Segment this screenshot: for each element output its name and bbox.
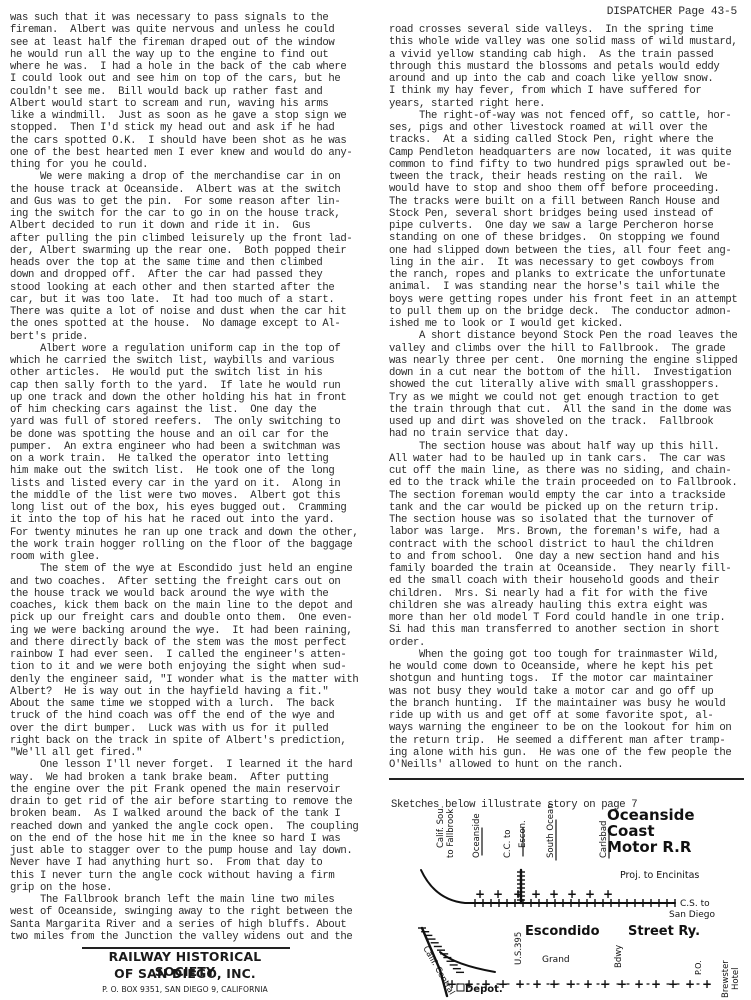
- map-label-to-fallbrook: to Fallbrook: [446, 809, 456, 858]
- map-label-proj-encinitas: Proj. to Encinitas: [620, 870, 699, 881]
- text-line: When the going got too tough for trainma…: [389, 649, 745, 661]
- text-line: standing on one of these bridges. On sto…: [389, 232, 745, 244]
- left-text-column: was such that it was necessary to pass s…: [10, 12, 372, 943]
- text-line: the branch hunting. If the maintainer wa…: [389, 698, 745, 710]
- text-line: the train through that cut. All the sand…: [389, 404, 745, 416]
- svg-text:+: +: [685, 977, 695, 991]
- text-line: family boarded the train at Oceanside. T…: [389, 563, 745, 575]
- text-line: rainbow I had ever seen. I called the en…: [10, 649, 372, 661]
- text-line: labor was large. Mrs. Brown, the foreman…: [389, 526, 745, 538]
- svg-text:+: +: [585, 887, 595, 901]
- svg-text:+: +: [603, 887, 613, 901]
- text-line: ride up with us and get off at some favo…: [389, 710, 745, 722]
- text-line: About the same time we stopped with a lu…: [10, 698, 372, 710]
- map-label-oceanside: Oceanside: [472, 813, 482, 858]
- text-line: more than her old model T Ford could han…: [389, 612, 745, 624]
- text-line: Albert decided to run it down and ride i…: [10, 220, 372, 232]
- text-line: Try as we might we could not get enough …: [389, 392, 745, 404]
- text-line: The section house was so isolated that t…: [389, 514, 745, 526]
- text-line: see at least half the fireman draped out…: [10, 37, 372, 49]
- map-label-calif-sou: Calif. Sou.: [436, 806, 446, 848]
- map-title-line3: Motor R.R: [607, 838, 692, 856]
- svg-text:+: +: [566, 977, 576, 991]
- text-line: ing alone with his gun. He was one of th…: [389, 747, 745, 759]
- text-line: common to find fifty to two hundred pigs…: [389, 159, 745, 171]
- text-line: All water had to be hauled up in tank ca…: [389, 453, 745, 465]
- text-line: used up and dirt was shoveled on the tra…: [389, 416, 745, 428]
- text-line: the house track we would back around the…: [10, 588, 372, 600]
- svg-text:+: +: [668, 977, 678, 991]
- svg-text:+: +: [634, 977, 644, 991]
- text-line: it into the top of his hat he raced out …: [10, 514, 372, 526]
- text-line: the cars spotted O.K. I should have been…: [10, 135, 372, 147]
- text-line: children she was already hauling this ex…: [389, 600, 745, 612]
- text-line: tion to it and we were both enjoying the…: [10, 661, 372, 673]
- text-line: The section house was about half way up …: [389, 441, 745, 453]
- text-line: valley and climbs over the hill to Fallb…: [389, 343, 745, 355]
- text-line: Si had this man transferred to another s…: [389, 624, 745, 636]
- text-line: was not busy they would take a motor car…: [389, 686, 745, 698]
- text-line: on the end of the hose hit me in the kne…: [10, 833, 372, 845]
- svg-text:+: +: [600, 977, 610, 991]
- text-line: the ones spotted at the house. No damage…: [10, 318, 372, 330]
- text-line: and two coaches. After setting the freig…: [10, 576, 372, 588]
- text-line: room with glee.: [10, 551, 372, 563]
- text-line: grip on the hose.: [10, 882, 372, 894]
- text-line: the return trip. He seemed a different m…: [389, 735, 745, 747]
- map-label-po: P.O.: [694, 960, 703, 975]
- text-line: Albert wore a regulation uniform cap in …: [10, 343, 372, 355]
- text-line: up one track and down the other holding …: [10, 392, 372, 404]
- text-line: a vivid yellow standing cab high. As the…: [389, 49, 745, 61]
- text-line: shotgun and hunting togs. If the motor c…: [389, 673, 745, 685]
- map-label-cc-to: C.C. to: [503, 829, 513, 858]
- text-line: car, but it was too late. It had too muc…: [10, 294, 372, 306]
- map-label-carlsbad: Carlsbad: [599, 821, 609, 858]
- text-line: road crosses several side valleys. In th…: [389, 24, 745, 36]
- text-line: denly the engineer said, "I wonder what …: [10, 674, 372, 686]
- text-line: be done was spotting the house and an oi…: [10, 429, 372, 441]
- text-line: "We'll all get fired.": [10, 747, 372, 759]
- text-line: cut off the main line, as there was no s…: [389, 465, 745, 477]
- text-line: children. Mrs. Si nearly had a fit for w…: [389, 588, 745, 600]
- text-line: Never have I had anything hurt so. From …: [10, 857, 372, 869]
- text-line: For twenty minutes he ran up one track a…: [10, 527, 372, 539]
- text-line: tween the track, their heads resting on …: [389, 171, 745, 183]
- text-line: which he carried the switch list, waybil…: [10, 355, 372, 367]
- text-line: down and dropped off. After the car had …: [10, 269, 372, 281]
- text-line: animal. I was standing near the horse's …: [389, 281, 745, 293]
- text-line: the house track at Oceanside. Albert was…: [10, 184, 372, 196]
- svg-text:+: +: [532, 977, 542, 991]
- text-line: right back on the track in spite of Albe…: [10, 735, 372, 747]
- text-line: ed to the track while the train proceede…: [389, 477, 745, 489]
- text-line: over the dirt bumper. Luck was with us f…: [10, 723, 372, 735]
- svg-text:+: +: [583, 977, 593, 991]
- text-line: Santa Margarita River and a series of hi…: [10, 919, 372, 931]
- map-label-brewster: Brewster: [721, 960, 731, 998]
- right-text-column: road crosses several side valleys. In th…: [389, 24, 745, 771]
- text-line: I think my hay fever, from which I have …: [389, 85, 745, 97]
- text-line: the middle of the list were two moves. A…: [10, 490, 372, 502]
- text-line: Albert would start to scream and run, wa…: [10, 98, 372, 110]
- footer-org-suffix: OF SAN DIEGO, INC.: [80, 966, 290, 981]
- text-line: ished me to look or I would get kicked.: [389, 318, 745, 330]
- text-line: him make out the switch list. He took on…: [10, 465, 372, 477]
- text-line: was such that it was necessary to pass s…: [10, 12, 372, 24]
- map-label-street-ry: Street Ry.: [628, 924, 700, 939]
- text-line: one of the best hearted men I ever knew …: [10, 147, 372, 159]
- text-line: the engine over the pit Frank opened the…: [10, 784, 372, 796]
- text-line: way. We had broken a tank brake beam. Af…: [10, 772, 372, 784]
- text-line: couldn't see me. Bill would back up rath…: [10, 86, 372, 98]
- text-line: coaches, kick them back on the main line…: [10, 600, 372, 612]
- text-line: long list out of the box, his eyes bugge…: [10, 502, 372, 514]
- text-line: stopped. Then I'd stick my head out and …: [10, 122, 372, 134]
- text-line: order.: [389, 637, 745, 649]
- map-label-south-ocean: South Ocean: [546, 803, 556, 858]
- text-line: fireman. Albert was quite nervous and un…: [10, 24, 372, 36]
- text-line: drain to get rid of the air before start…: [10, 796, 372, 808]
- map-label-escondido: Escondido: [525, 924, 600, 939]
- text-line: Stock Pen, several short bridges being u…: [389, 208, 745, 220]
- text-line: on a work train. He talked the operator …: [10, 453, 372, 465]
- map-label-depot: Depot.: [465, 984, 503, 995]
- text-line: cap then sally forth to the yard. If lat…: [10, 380, 372, 392]
- text-line: ing the switch for the car to go in on t…: [10, 208, 372, 220]
- text-line: the ranch, ropes and planks to extricate…: [389, 269, 745, 281]
- text-line: contract with the school district to hau…: [389, 539, 745, 551]
- text-line: he would come down to Oceanside, where h…: [389, 661, 745, 673]
- text-line: where he was. I had a hole in the back o…: [10, 61, 372, 73]
- text-line: years, started right here.: [389, 98, 745, 110]
- text-line: ing we were backing around the wye. It h…: [10, 625, 372, 637]
- depot-icon: [457, 984, 464, 991]
- text-line: one had slipped down between the ties, a…: [389, 245, 745, 257]
- text-line: heads over the top at the same time and …: [10, 257, 372, 269]
- text-line: like a windmill. Just as soon as he gave…: [10, 110, 372, 122]
- map-label-escon: Escon.: [518, 820, 528, 848]
- text-line: O'Neills' allowed to hunt on the ranch.: [389, 759, 745, 771]
- text-line: was nearly three per cent. One morning t…: [389, 355, 745, 367]
- map-label-bdwy: Bdwy: [614, 945, 624, 968]
- text-line: to and from school. One day a new sectio…: [389, 551, 745, 563]
- text-line: pumper. An extra engineer who had been a…: [10, 441, 372, 453]
- text-line: after pulling the pin climbed leisurely …: [10, 233, 372, 245]
- svg-text:+: +: [475, 887, 485, 901]
- text-line: The right-of-way was not fenced off, so …: [389, 110, 745, 122]
- text-line: two miles from the Junction the valley w…: [10, 931, 372, 943]
- text-line: and Gus was to get the pin. For some rea…: [10, 196, 372, 208]
- svg-text:+: +: [549, 977, 559, 991]
- text-line: The Fallbrook branch left the main line …: [10, 894, 372, 906]
- text-line: boys were getting ropes under his front …: [389, 294, 745, 306]
- svg-text:+: +: [531, 887, 541, 901]
- map-label-calif: Calif. Central: [420, 945, 456, 997]
- text-line: to pull them up on the bridge deck. The …: [389, 306, 745, 318]
- railway-sketch-map: ++++++++++++++++++++++++ Oceanside Coast…: [385, 800, 751, 1000]
- text-line: ling in the air. It was necessary to get…: [389, 257, 745, 269]
- text-line: ed the small coach with their household …: [389, 575, 745, 587]
- svg-text:+: +: [513, 887, 523, 901]
- text-line: around and up into the cab and coach lik…: [389, 73, 745, 85]
- text-line: down in a cut near the bottom of the hil…: [389, 367, 745, 379]
- text-line: tank and the car would be picked up on t…: [389, 502, 745, 514]
- svg-text:+: +: [515, 977, 525, 991]
- text-line: thing for you he could.: [10, 159, 372, 171]
- svg-text:+: +: [617, 977, 627, 991]
- text-line: Camp Pendleton headquarters are now loca…: [389, 147, 745, 159]
- text-line: One lesson I'll never forget. I learned …: [10, 759, 372, 771]
- text-line: pipe culverts. One day we saw a large Pe…: [389, 220, 745, 232]
- text-line: ses, pigs and other livestock roamed at …: [389, 122, 745, 134]
- text-line: showed the cut literally alive with smal…: [389, 379, 745, 391]
- text-line: broken beam. As I walked around the back…: [10, 808, 372, 820]
- text-line: stood looking at each other and then sta…: [10, 282, 372, 294]
- svg-text:+: +: [651, 977, 661, 991]
- text-line: lists and listed every car in the yard o…: [10, 478, 372, 490]
- svg-text:+: +: [702, 977, 712, 991]
- text-line: of him checking cars against the list. O…: [10, 404, 372, 416]
- footer-address: P. O. BOX 9351, SAN DIEGO 9, CALIFORNIA: [80, 985, 290, 994]
- map-label-us395: U.S.395: [514, 932, 524, 965]
- text-line: other articles. He would put the switch …: [10, 367, 372, 379]
- map-label-cs-to: C.S. to: [680, 899, 710, 909]
- section-divider: [389, 778, 744, 780]
- text-line: this whole wide valley was one solid mas…: [389, 36, 745, 48]
- text-line: bert's pride.: [10, 331, 372, 343]
- text-line: Albert? He is way out in the hayfield ha…: [10, 686, 372, 698]
- text-line: this I never turn the angle cock without…: [10, 870, 372, 882]
- text-line: ways warning the engineer to be on the l…: [389, 722, 745, 734]
- text-line: reached down and yanked the angle cock o…: [10, 821, 372, 833]
- text-line: A short distance beyond Stock Pen the ro…: [389, 330, 745, 342]
- text-line: and there directly back of the stem was …: [10, 637, 372, 649]
- svg-text:+: +: [549, 887, 559, 901]
- text-line: There was quite a lot of noise and dust …: [10, 306, 372, 318]
- text-line: truck of the hind coach was off the end …: [10, 710, 372, 722]
- text-line: The stem of the wye at Escondido just he…: [10, 563, 372, 575]
- map-label-hotel: Hotel: [731, 967, 741, 990]
- text-line: pick up our freight cars and double onto…: [10, 612, 372, 624]
- text-line: tracks. At a siding called Stock Pen, ri…: [389, 134, 745, 146]
- text-line: had no train service that day.: [389, 428, 745, 440]
- text-line: yard was full of stored reefers. The onl…: [10, 416, 372, 428]
- map-label-san-diego: San Diego: [669, 910, 715, 920]
- text-line: The section foreman would empty the car …: [389, 490, 745, 502]
- text-line: The tracks were built on a fill between …: [389, 196, 745, 208]
- text-line: just able to stagger over to the pump ho…: [10, 845, 372, 857]
- map-label-grand: Grand: [542, 955, 570, 965]
- page-header: DISPATCHER Page 43-5: [607, 6, 737, 18]
- text-line: the work train hogger rolling on the flo…: [10, 539, 372, 551]
- text-line: west of Oceanside, swinging away to the …: [10, 906, 372, 918]
- text-line: would have to stop and shoo them off bef…: [389, 183, 745, 195]
- text-line: through this mustard the blossoms and pe…: [389, 61, 745, 73]
- text-line: We were making a drop of the merchandise…: [10, 171, 372, 183]
- text-line: I could look out and see him on top of t…: [10, 73, 372, 85]
- text-line: he would run all the way up to the engin…: [10, 49, 372, 61]
- svg-text:+: +: [493, 887, 503, 901]
- svg-text:+: +: [567, 887, 577, 901]
- text-line: der, Albert swarming up the rear one. Bo…: [10, 245, 372, 257]
